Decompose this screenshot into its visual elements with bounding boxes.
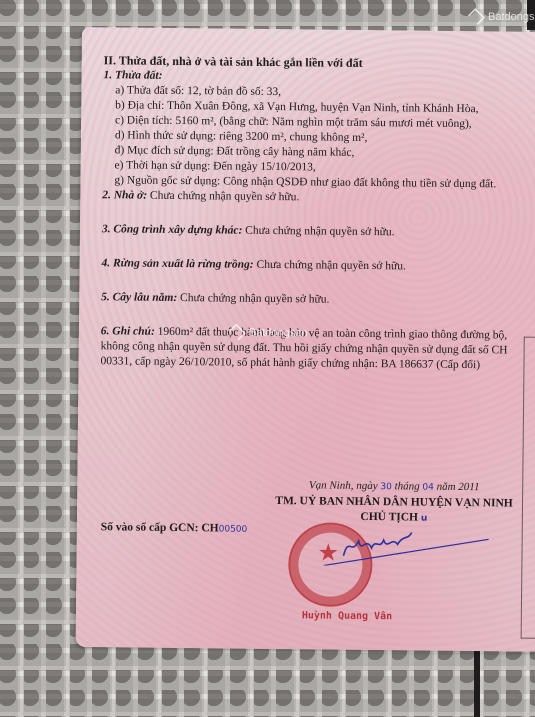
handwritten-day: 30	[380, 482, 392, 492]
signature	[323, 526, 493, 568]
issuing-organization: TM. UỶ BAN NHÂN DÂN HUYỆN VẠN NINH	[259, 494, 529, 512]
certificate-page: II. Thửa đất, nhà ở và tài sản khác gắn …	[76, 27, 535, 652]
signer-name: Huỳnh Quang Vân	[302, 608, 392, 624]
handwritten-mark: u	[421, 514, 428, 524]
handwritten-registry-number: 00500	[219, 524, 248, 534]
signing-block: Vạn Ninh, ngày 30 tháng 04 năm 2011 TM. …	[259, 478, 529, 528]
perennial-value: Chưa chứng nhận quyền sở hữu.	[180, 292, 329, 306]
registry-number: Số vào sổ cấp GCN: CH00500	[101, 520, 248, 538]
watermark: Batdongsan	[229, 326, 308, 340]
perennial-heading: 5. Cây lâu năm:	[101, 291, 177, 304]
forest-heading: 4. Rừng sản xuất là rừng trồng:	[101, 257, 253, 271]
other-construction-heading: 3. Công trình xây dựng khác:	[102, 223, 243, 236]
note-row: 6. Ghi chú: 1960m² đất thuộc hành lang b…	[100, 324, 515, 373]
handwritten-month: 04	[422, 483, 434, 493]
house-logo-icon	[229, 324, 246, 341]
watermark: Batdongsan	[468, 10, 535, 23]
forest-value: Chưa chứng nhận quyền sở hữu.	[256, 259, 405, 273]
house-value: Chưa chứng nhận quyền sở hữu.	[150, 190, 299, 204]
certificate-content: II. Thửa đất, nhà ở và tài sản khác gắn …	[100, 53, 523, 373]
other-construction-value: Chưa chứng nhận quyền sở hữu.	[245, 225, 394, 239]
floor-edge	[474, 645, 535, 717]
signer-role: CHỦ TỊCH u	[259, 509, 529, 528]
note-heading: 6. Ghi chú:	[101, 325, 155, 338]
house-heading: 2. Nhà ở:	[102, 189, 147, 201]
house-logo-icon	[468, 8, 485, 25]
